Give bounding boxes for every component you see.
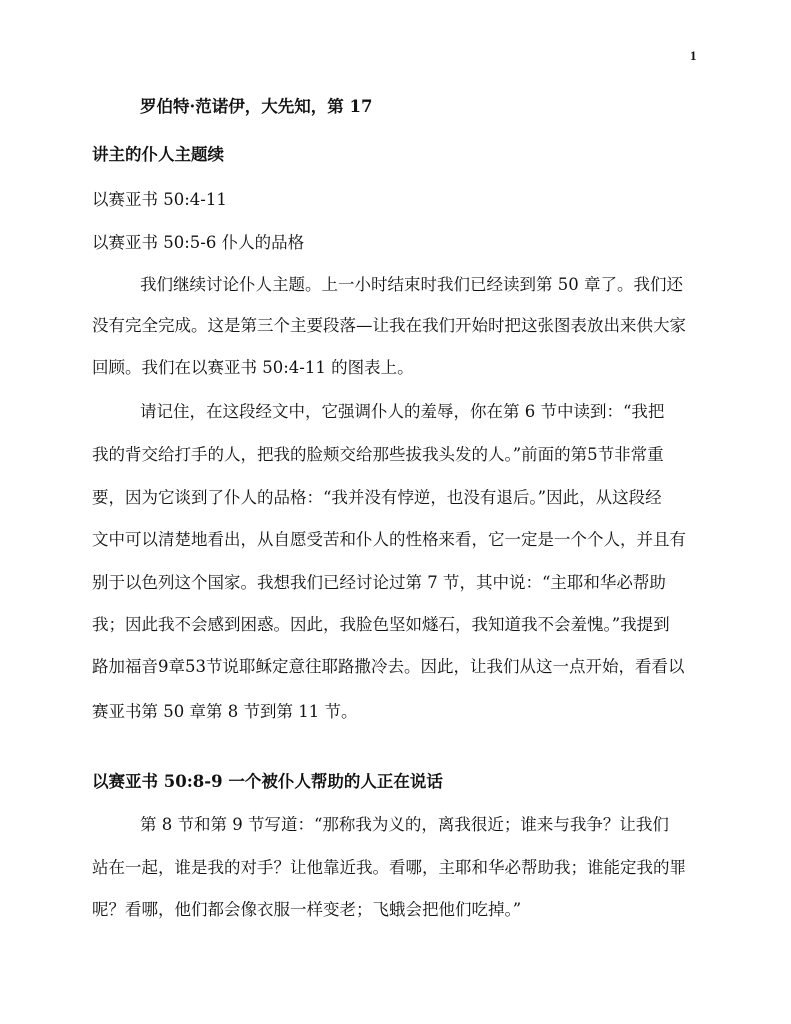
paragraph-line: 站在一起，谁是我的对手？让他靠近我。看哪，主耶和华必帮助我；谁能定我的罪	[92, 858, 686, 878]
paragraph-line: 路加福音9章53节说耶稣定意往耶路撒冷去。因此，让我们从这一点开始，看看以	[92, 657, 685, 677]
paragraph-line: 第 8 节和第 9 节写道：“那称我为义的，离我很近；谁来与我争？让我们	[140, 815, 669, 835]
paragraph-line: 回顾。我们在以赛亚书 50:4-11 的图表上。	[92, 358, 414, 378]
paragraph-line: 呢？看哪，他们都会像衣服一样变老；飞蛾会把他们吃掉。”	[92, 900, 521, 920]
paragraph-line: 要，因为它谈到了仆人的品格：“我并没有悖逆，也没有退后。”因此，从这段经	[92, 488, 662, 508]
paragraph-line: 赛亚书第 50 章第 8 节到第 11 节。	[92, 702, 357, 722]
paragraph-line: 没有完全完成。这是第三个主要段落—让我在我们开始时把这张图表放出来供大家	[92, 316, 686, 336]
document-subtitle: 讲主的仆人主题续	[92, 145, 224, 165]
document-title: 罗伯特·范诺伊，大先知，第 17	[140, 97, 372, 117]
page-number: 1	[690, 48, 697, 64]
paragraph-line: 我们继续讨论仆人主题。上一小时结束时我们已经读到第 50 章了。我们还	[140, 275, 683, 295]
paragraph-line: 请记住，在这段经文中，它强调仆人的羞辱，你在第 6 节中读到：“我把	[140, 402, 664, 422]
paragraph-line: 我的背交给打手的人，把我的脸颊交给那些拔我头发的人。”前面的第5节非常重	[92, 445, 664, 465]
section-heading: 以赛亚书 50:5-6 仆人的品格	[92, 233, 304, 253]
section-heading: 以赛亚书 50:8-9 一个被仆人帮助的人正在说话	[92, 772, 443, 792]
paragraph-line: 文中可以清楚地看出，从自愿受苦和仆人的性格来看，它一定是一个个人，并且有	[92, 530, 686, 550]
paragraph-line: 别于以色列这个国家。我想我们已经讨论过第 7 节，其中说：“主耶和华必帮助	[92, 573, 666, 593]
passage-reference: 以赛亚书 50:4-11	[92, 190, 227, 210]
paragraph-line: 我；因此我不会感到困惑。因此，我脸色坚如燧石，我知道我不会羞愧。”我提到	[92, 615, 670, 635]
